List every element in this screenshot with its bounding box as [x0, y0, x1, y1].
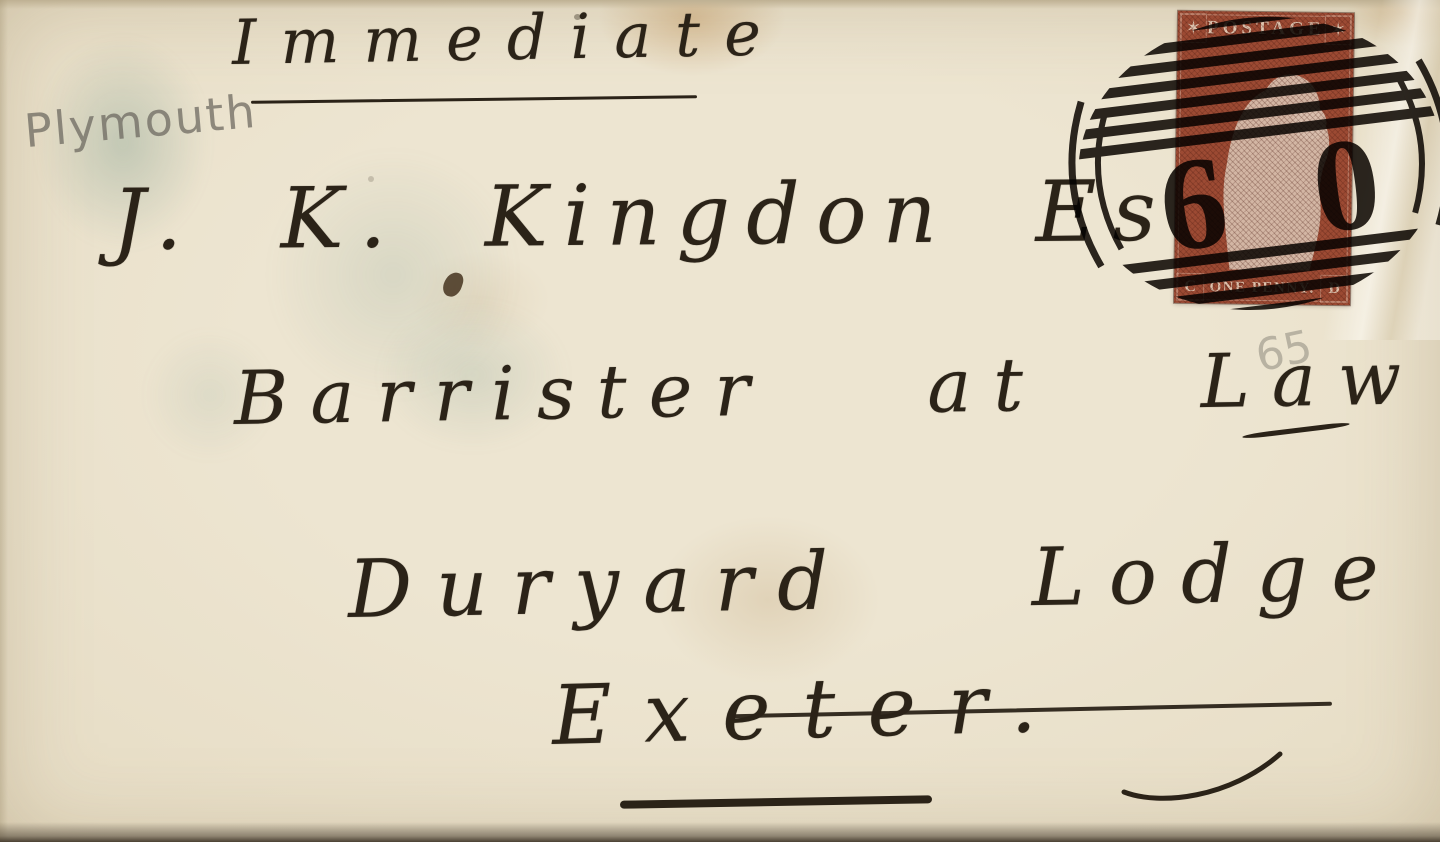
address-line-residence: Duryard Lodge [347, 532, 1403, 630]
envelope-left-edge [0, 0, 8, 842]
envelope-cover: Immediate Plymouth J. K. Kingdon Esq Bar… [0, 0, 1440, 842]
address-line-occupation: Barrister at Law [233, 341, 1423, 436]
priority-note-underline [251, 95, 697, 103]
city-underline [620, 795, 932, 808]
barred-numeral-postmark: 6 0 [1030, 0, 1440, 346]
envelope-bottom-edge [0, 822, 1440, 842]
priority-note: Immediate [231, 2, 785, 74]
postmark-digit-right: 0 [1304, 108, 1387, 262]
postmark-digit-left: 6 [1152, 126, 1235, 280]
ink-blot [441, 270, 466, 299]
pen-flourish [1118, 748, 1288, 808]
pen-flourish [1242, 421, 1350, 439]
plymouth-pencil-note: Plymouth [22, 84, 259, 158]
